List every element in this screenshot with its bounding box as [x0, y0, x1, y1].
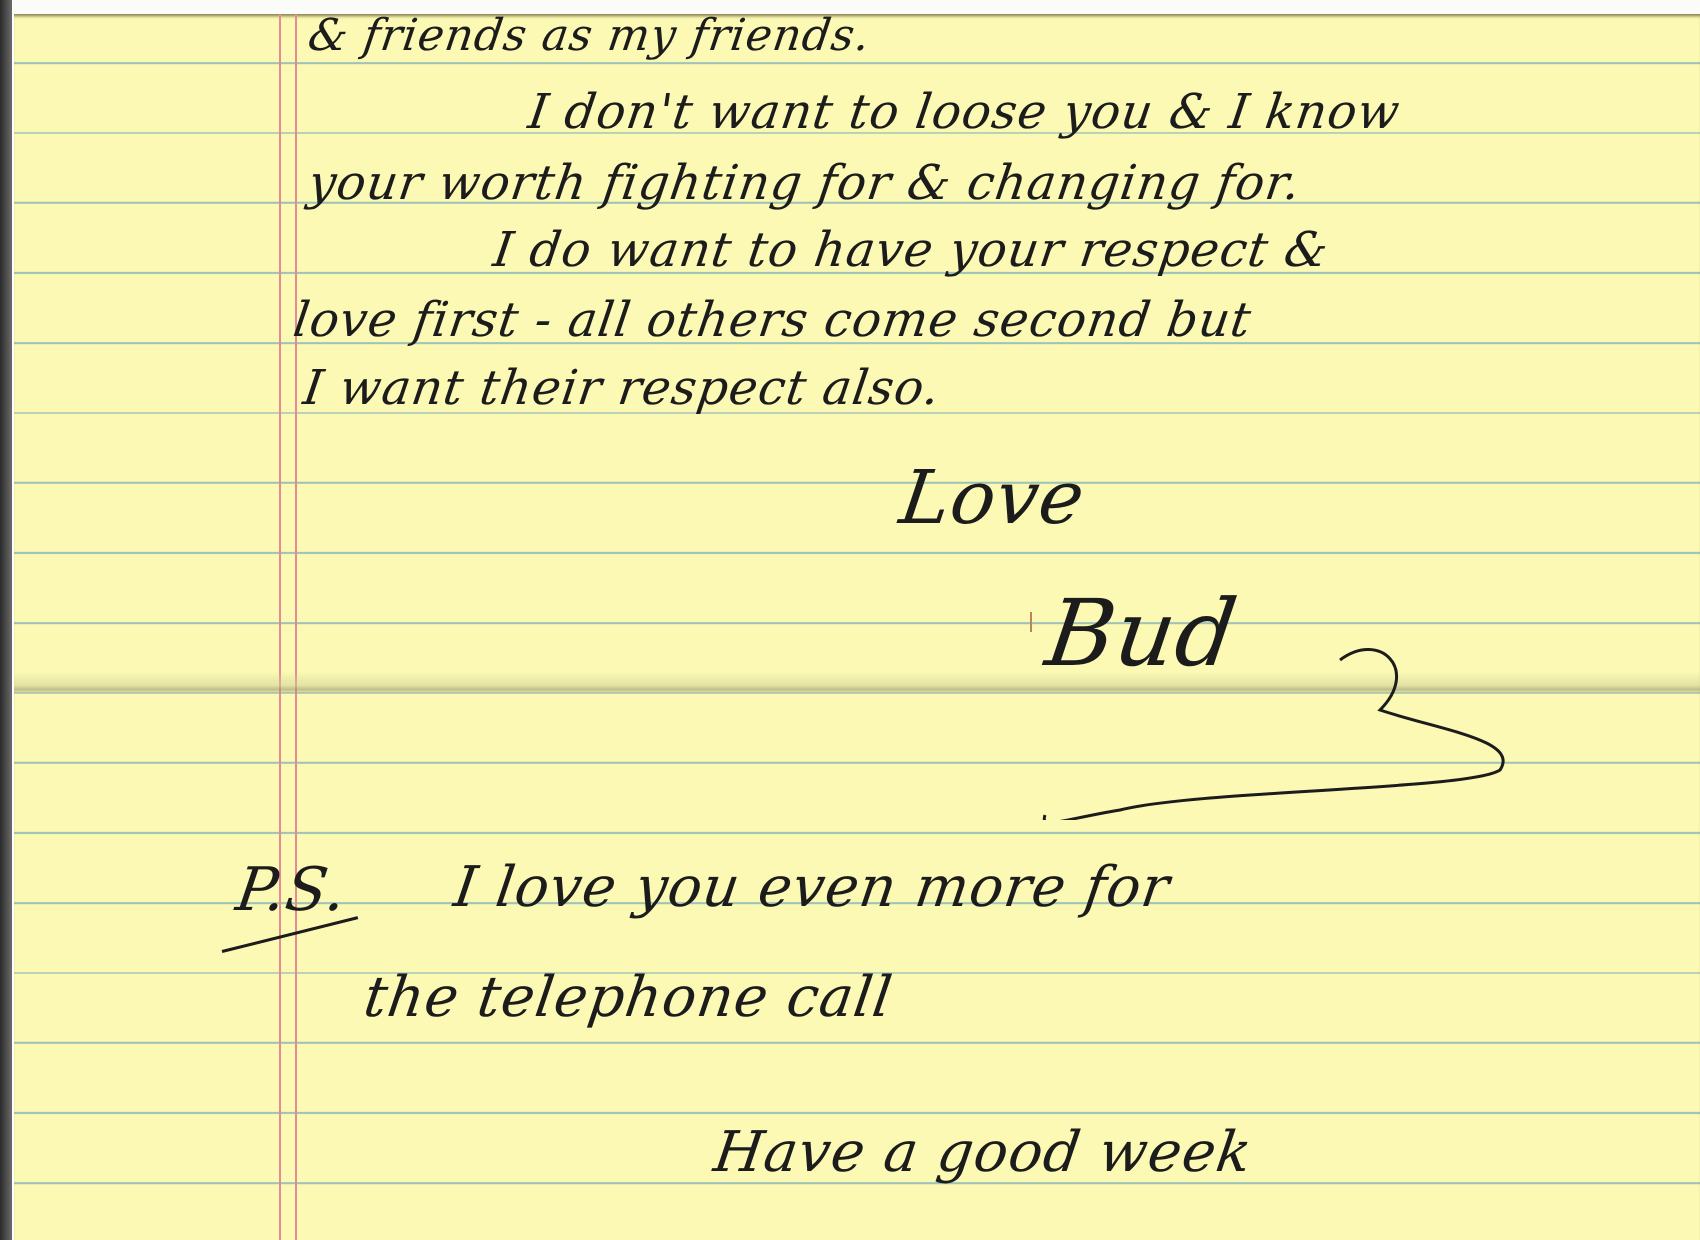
- margin-line-left: [279, 14, 281, 1240]
- margin-line-right: [295, 14, 297, 1240]
- closing-salutation: Love: [895, 455, 1090, 541]
- ps-label: P.S.: [232, 855, 351, 925]
- stray-pen-mark: [1030, 612, 1032, 632]
- body-line: I do want to have your respect &: [490, 222, 1332, 278]
- scanner-edge: [0, 0, 12, 1240]
- ps-line: I love you even more for: [450, 855, 1174, 920]
- ps-line: the telephone call: [360, 965, 897, 1030]
- body-line: your worth fighting for & changing for.: [305, 155, 1304, 211]
- body-line: & friends as my friends.: [305, 10, 874, 61]
- signature-flourish: [1000, 640, 1520, 820]
- body-line: I want their respect also.: [300, 360, 944, 416]
- farewell: Have a good week: [710, 1120, 1256, 1185]
- body-line: love first - all others come second but: [290, 292, 1255, 348]
- body-line: I don't want to loose you & I know: [525, 84, 1404, 140]
